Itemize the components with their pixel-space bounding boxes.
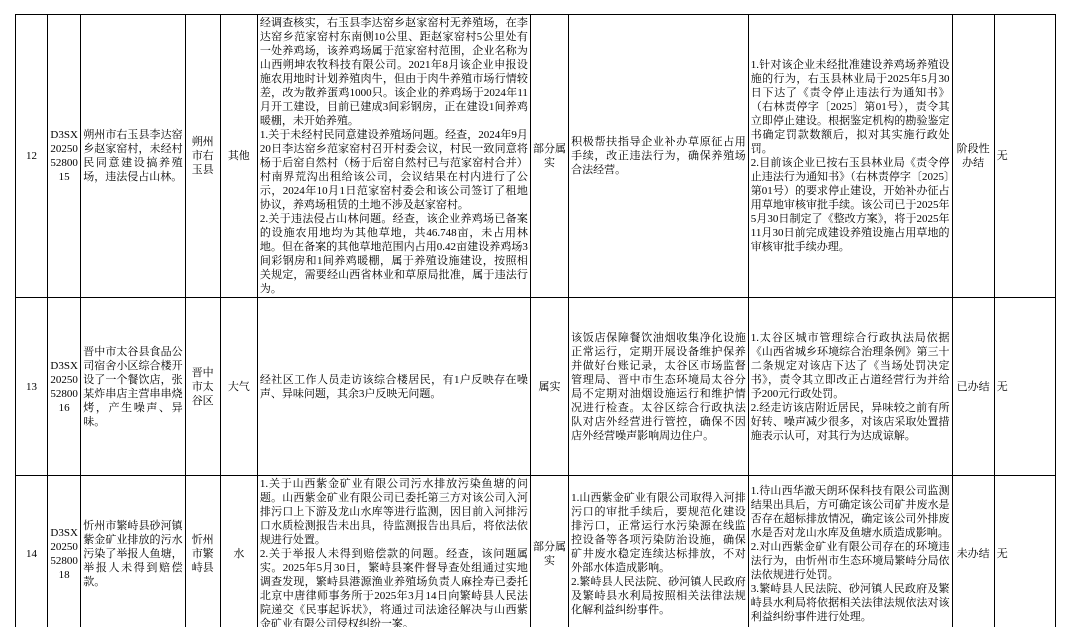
cell-status: 阶段性办结 [952, 15, 994, 298]
cell-case-id: D3SX202505280016 [48, 298, 81, 476]
cell-case-id: D3SX202505280018 [48, 476, 81, 627]
cell-investigation: 经社区工作人员走访该综合楼居民，有1户反映存在噪声、异味问题，其余3户反映无问题… [257, 298, 530, 476]
cell-remarks: 无 [994, 298, 1055, 476]
document-page: { "page": { "background": "#ffffff", "bo… [0, 0, 1071, 627]
cell-category: 其他 [220, 15, 257, 298]
cell-investigation: 经调查核实，右玉县李达窑乡赵家窑村无养殖场，在李达窑乡范家窑村东南侧10公里、距… [257, 15, 530, 298]
cell-verification: 属实 [530, 298, 568, 476]
table-row: 12 D3SX202505280015 朔州市右玉县李达窑乡赵家窑村，未经村民同… [16, 15, 1056, 298]
cell-remarks: 无 [994, 15, 1055, 298]
cell-category: 大气 [220, 298, 257, 476]
cell-complaint: 朔州市右玉县李达窑乡赵家窑村，未经村民同意建设搞养殖场，违法侵占山林。 [81, 15, 185, 298]
cell-location: 朔州市右玉县 [185, 15, 220, 298]
cell-index: 14 [16, 476, 48, 627]
report-table: 12 D3SX202505280015 朔州市右玉县李达窑乡赵家窑村，未经村民同… [15, 14, 1056, 627]
cell-verification: 部分属实 [530, 15, 568, 298]
cell-status: 未办结 [952, 476, 994, 627]
table-row: 13 D3SX202505280016 晋中市太谷县食品公司宿舍小区综合楼开设了… [16, 298, 1056, 476]
cell-remarks: 无 [994, 476, 1055, 627]
table-row: 14 D3SX202505280018 忻州市繁峙县砂河镇紫金矿业排放的污水污染… [16, 476, 1056, 627]
cell-complaint: 忻州市繁峙县砂河镇紫金矿业排放的污水污染了举报人鱼塘，举报人未得到赔偿款。 [81, 476, 185, 627]
cell-category: 水 [220, 476, 257, 627]
cell-rectification: 1.太谷区城市管理综合行政执法局依据《山西省城乡环境综合治理条例》第三十二条规定… [748, 298, 952, 476]
cell-rectification: 1.待山西华澈天朗环保科技有限公司监测结果出具后，方可确定该公司矿井废水是否存在… [748, 476, 952, 627]
cell-rectification: 1.针对该企业未经批准建设养鸡场养殖设施的行为，右玉县林业局于2025年5月30… [748, 15, 952, 298]
cell-index: 13 [16, 298, 48, 476]
cell-status: 已办结 [952, 298, 994, 476]
cell-measures: 积极帮扶指导企业补办草原征占用手续，改正违法行为，确保养殖场合法经营。 [569, 15, 749, 298]
cell-measures: 1.山西紫金矿业有限公司取得入河排污口的审批手续后，要规范化建设排污口，正常运行… [569, 476, 749, 627]
cell-location: 忻州市繁峙县 [185, 476, 220, 627]
cell-index: 12 [16, 15, 48, 298]
cell-measures: 该饭店保障餐饮油烟收集净化设施正常运行，定期开展设备维护保养并做好台账记录，太谷… [569, 298, 749, 476]
cell-verification: 部分属实 [530, 476, 568, 627]
cell-case-id: D3SX202505280015 [48, 15, 81, 298]
cell-location: 晋中市太谷区 [185, 298, 220, 476]
cell-complaint: 晋中市太谷县食品公司宿舍小区综合楼开设了一个餐饮店，张某炸串店主营串串烧烤，产生… [81, 298, 185, 476]
cell-investigation: 1.关于山西紫金矿业有限公司污水排放污染鱼塘的问题。山西紫金矿业有限公司已委托第… [257, 476, 530, 627]
